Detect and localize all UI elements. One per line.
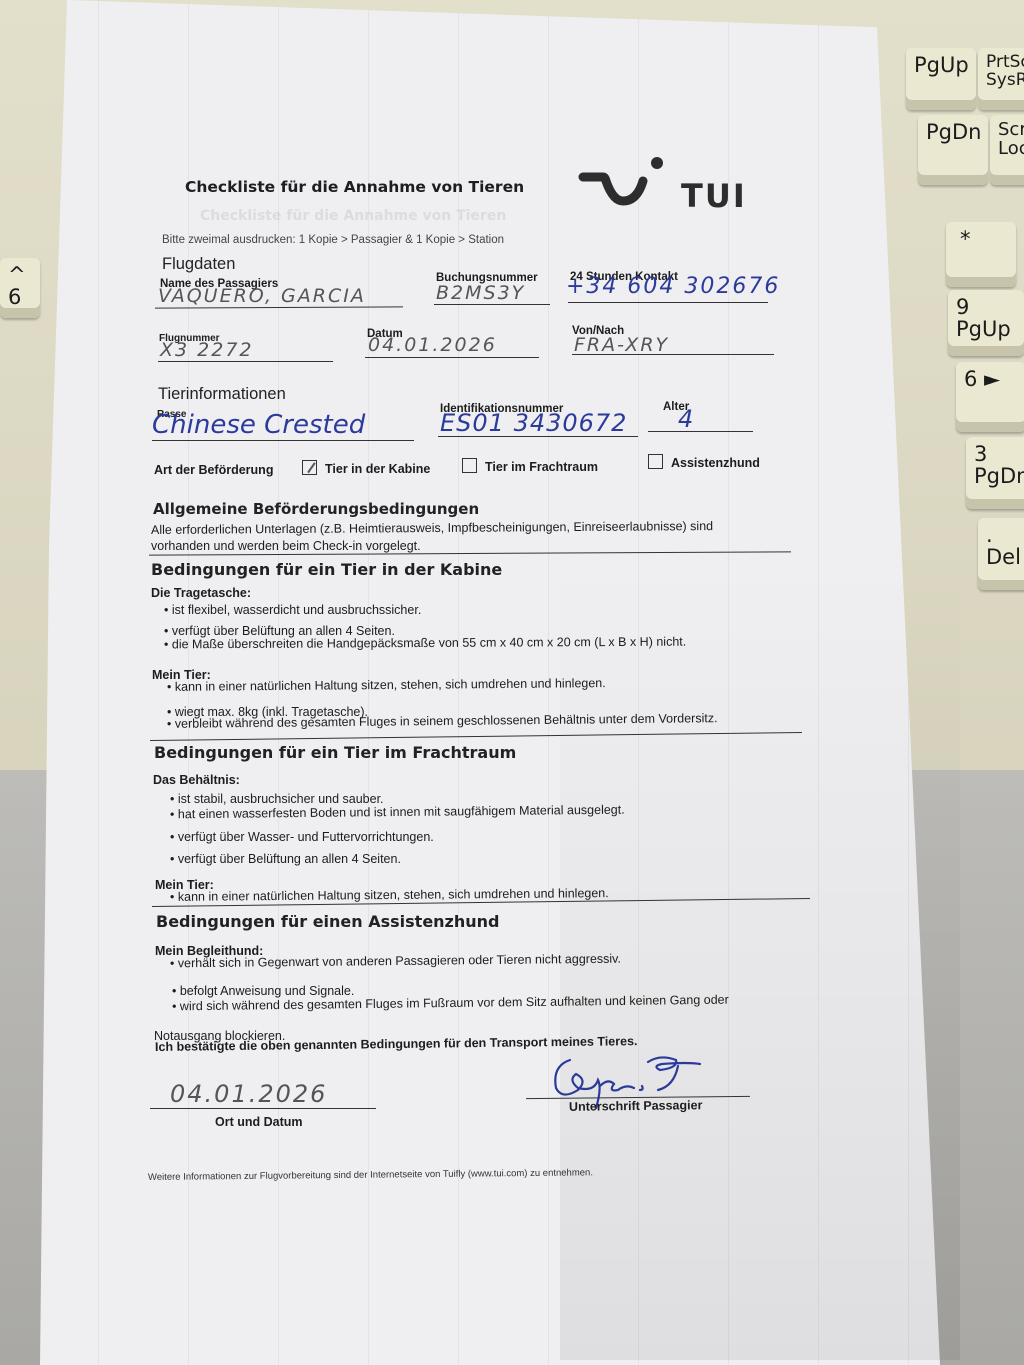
signature-label: Unterschrift Passagier	[569, 1098, 703, 1114]
option-cabin[interactable]: Tier in der Kabine	[302, 460, 430, 476]
route-line	[572, 354, 774, 355]
bag-heading: Die Tragetasche:	[151, 586, 251, 600]
pet-checklist-form: Checkliste für die Annahme von Tieren Ch…	[0, 0, 1024, 1365]
date-line	[365, 357, 539, 358]
checkbox-assist-icon[interactable]	[648, 454, 663, 469]
flight-number-line	[158, 361, 333, 362]
option-cabin-label: Tier in der Kabine	[325, 462, 430, 476]
bleed-through-title: Checkliste für die Annahme von Tieren	[200, 208, 506, 224]
place-date-label: Ort und Datum	[215, 1115, 303, 1129]
option-assist[interactable]: Assistenzhund	[648, 454, 760, 470]
booking-line	[434, 304, 550, 305]
contact-line	[568, 302, 768, 303]
container-heading: Das Behältnis:	[153, 773, 240, 787]
tui-wordmark: TUI	[681, 177, 747, 215]
flight-number-field[interactable]: X3 2272	[160, 339, 254, 361]
passenger-field[interactable]: VAQUERO, GARCIA	[158, 285, 366, 307]
cabin-animal-item: kann in einer natürlichen Haltung sitzen…	[167, 676, 606, 694]
assist-heading: Bedingungen für einen Assistenzhund	[156, 912, 500, 931]
bag-item: ist flexibel, wasserdicht und ausbruchss…	[164, 603, 421, 617]
flight-data-heading: Flugdaten	[162, 255, 235, 274]
contact-field[interactable]: +34 604 302676	[566, 274, 780, 299]
cargo-heading: Bedingungen für ein Tier im Frachtraum	[154, 743, 516, 762]
age-line	[648, 431, 753, 432]
divider-2	[150, 732, 802, 741]
general-text-1: Alle erforderlichen Unterlagen (z.B. Hei…	[151, 519, 713, 537]
checkbox-cargo-icon[interactable]	[462, 458, 477, 473]
id-line	[438, 436, 638, 437]
breed-line	[152, 440, 414, 441]
general-text-2: vorhanden und werden beim Check-in vorge…	[151, 539, 421, 553]
checkbox-cabin-checked-icon[interactable]	[302, 460, 317, 475]
option-cargo-label: Tier im Frachtraum	[485, 460, 598, 474]
form-title: Checkliste für die Annahme von Tieren	[185, 178, 524, 196]
booking-field[interactable]: B2MS3Y	[436, 282, 525, 304]
tui-smile-icon	[575, 155, 675, 225]
dog-item: befolgt Anweisung und Signale.	[172, 984, 354, 998]
general-heading: Allgemeine Beförderungsbedingungen	[153, 500, 479, 518]
id-field[interactable]: ES01 3430672	[440, 409, 627, 437]
container-item: verfügt über Wasser- und Futtervorrichtu…	[170, 830, 434, 844]
print-hint: Bitte zweimal ausdrucken: 1 Kopie > Pass…	[162, 234, 504, 246]
breed-field[interactable]: Chinese Crested	[152, 410, 365, 440]
passenger-line	[155, 306, 403, 309]
footer-note: Weitere Informationen zur Flugvorbereitu…	[148, 1167, 593, 1183]
container-item: verfügt über Belüftung an allen 4 Seiten…	[170, 852, 401, 866]
tui-logo: TUI	[575, 155, 755, 225]
age-field[interactable]: 4	[678, 405, 695, 433]
option-assist-label: Assistenzhund	[671, 456, 760, 470]
date-field[interactable]: 04.01.2026	[368, 334, 497, 356]
bag-item: die Maße überschreiten die Handgepäcksma…	[164, 635, 686, 652]
place-date-field[interactable]: 04.01.2026	[170, 1080, 327, 1108]
route-field[interactable]: FRA-XRY	[574, 334, 669, 356]
cabin-heading: Bedingungen für ein Tier in der Kabine	[151, 560, 502, 579]
option-cargo[interactable]: Tier im Frachtraum	[462, 458, 598, 474]
place-date-line	[150, 1108, 376, 1109]
transport-type-label: Art der Beförderung	[154, 463, 273, 477]
animal-info-heading: Tierinformationen	[158, 385, 286, 404]
container-item: ist stabil, ausbruchsicher und sauber.	[170, 792, 384, 806]
